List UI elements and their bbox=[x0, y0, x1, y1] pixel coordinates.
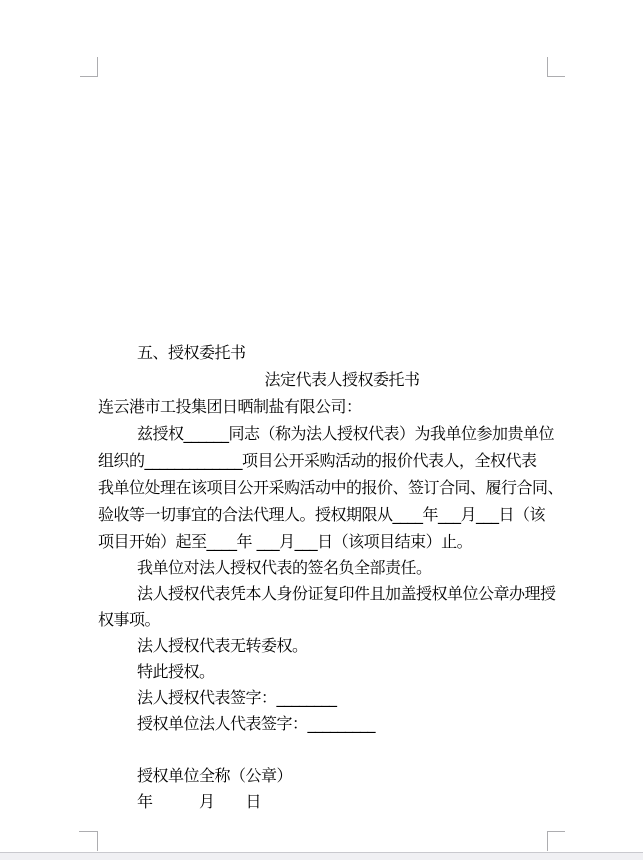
blank-line bbox=[98, 737, 550, 763]
margin-mark-bottom-right bbox=[547, 831, 565, 851]
body-line: 我单位对法人授权代表的签名负全部责任。 bbox=[98, 555, 550, 581]
body-line: 我单位处理在该项目公开采购活动中的报价、签订合同、履行合同、 bbox=[98, 474, 550, 501]
addressee-line: 连云港市工投集团日晒制盐有限公司： bbox=[98, 393, 550, 420]
document-page: 五、授权委托书 法定代表人授权委托书 连云港市工投集团日晒制盐有限公司： 兹授权… bbox=[0, 0, 643, 853]
body-line: 法人授权代表无转委权。 bbox=[98, 633, 550, 659]
margin-mark-top-left bbox=[80, 57, 98, 77]
body-line: 项目开始）起至____年 ___月___日（该项目结束）止。 bbox=[98, 528, 550, 555]
body-line: 验收等一切事宜的合法代理人。授权期限从____年___月___日（该 bbox=[98, 501, 550, 528]
document-body: 五、授权委托书 法定代表人授权委托书 连云港市工投集团日晒制盐有限公司： 兹授权… bbox=[98, 339, 550, 815]
body-line: 特此授权。 bbox=[98, 659, 550, 685]
body-line: 组织的_____________项目公开采购活动的报价代表人，全权代表 bbox=[98, 447, 550, 474]
document-title: 法定代表人授权委托书 bbox=[98, 366, 550, 393]
body-line: 兹授权______同志（称为法人授权代表）为我单位参加贵单位 bbox=[98, 420, 550, 447]
body-line: 法人授权代表凭本人身份证复印件且加盖授权单位公章办理授 bbox=[98, 581, 550, 607]
unit-rep-signature-line: 授权单位法人代表签字：_________ bbox=[98, 711, 550, 737]
margin-mark-bottom-left bbox=[79, 831, 98, 851]
rep-signature-line: 法人授权代表签字：________ bbox=[98, 685, 550, 711]
section-heading: 五、授权委托书 bbox=[98, 339, 550, 366]
date-line: 年 月 日 bbox=[98, 789, 550, 815]
body-line: 权事项。 bbox=[98, 607, 550, 633]
unit-name-seal-line: 授权单位全称（公章） bbox=[98, 763, 550, 789]
margin-mark-top-right bbox=[547, 57, 565, 77]
